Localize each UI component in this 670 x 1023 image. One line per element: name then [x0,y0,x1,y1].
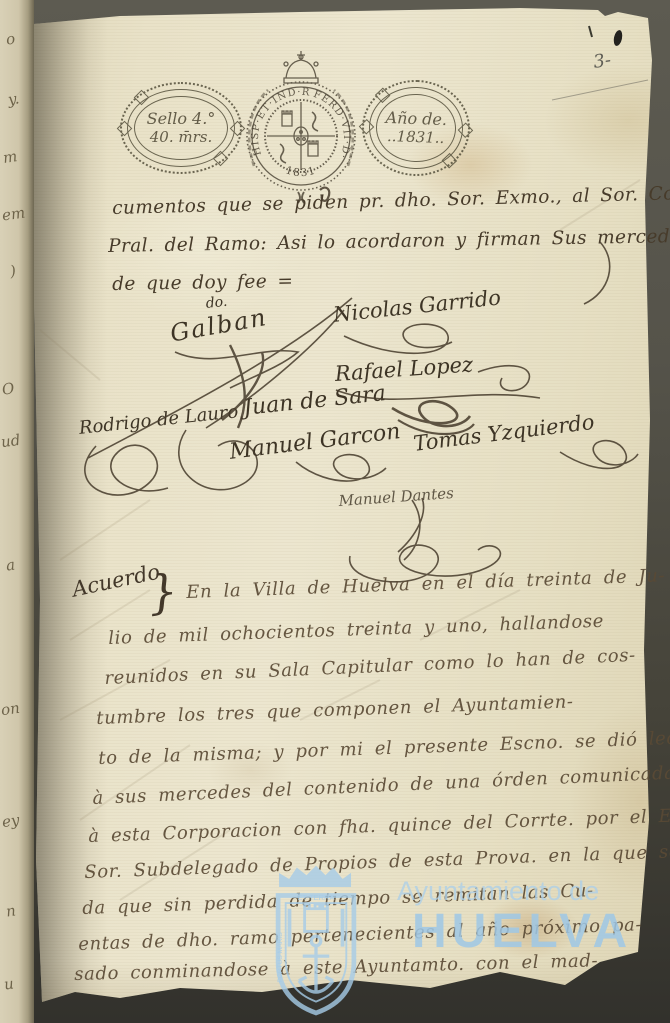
margin-fragment: u [3,974,15,993]
margin-fragment: O [1,379,16,399]
margin-fragment: em [1,203,26,224]
stamp-price-text: 40. m̄rs. [150,129,212,146]
margin-fragment: on [0,699,21,719]
margin-fragment: a [5,555,16,574]
scanned-document: o y. m em ) O ud a on ey n u Sello 4.° 4… [0,0,670,1023]
pencil-page-number: 3- [592,50,612,73]
margin-fragment: m [2,147,19,167]
tax-stamp-left: Sello 4.° 40. m̄rs. [120,82,242,174]
stamp-label: Sello 4.° 40. m̄rs. [134,96,228,160]
margin-fragment: y. [7,89,21,108]
stamp-class-text: Sello 4.° [147,110,216,128]
stamp-year-line2: ..1831.. [387,128,445,147]
opening-line: de que doy fee = [112,271,293,295]
margin-fragment: ud [0,431,21,452]
margin-fragment: o [5,29,16,48]
margin-fragment: ey [1,811,21,831]
margin-fragment: n [5,901,17,920]
previous-page-edge: o y. m em ) O ud a on ey n u [0,0,34,1023]
margin-fragment: ) [9,262,17,281]
margin-note-brace: } [146,563,180,619]
